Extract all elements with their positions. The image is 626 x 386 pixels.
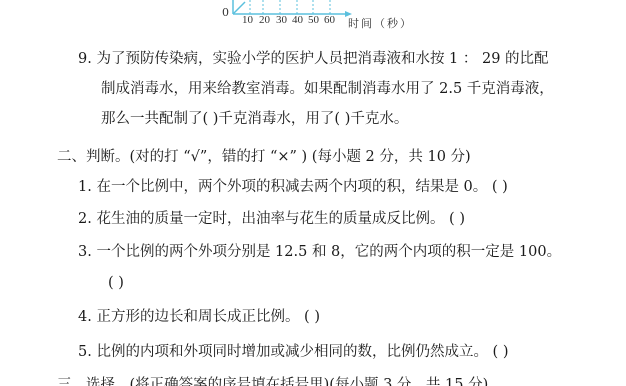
x-tick: 60 [324, 14, 335, 26]
judge-item-4: 4. 正方形的边长和周长成正比例。 ( ) [78, 308, 320, 326]
x-tick: 30 [276, 14, 287, 26]
chart-fragment: 0 10 20 30 40 50 60 时间（秒） [0, 0, 626, 30]
x-tick: 20 [259, 14, 270, 26]
x-tick: 10 [242, 14, 253, 26]
judge-item-5: 5. 比例的内项和外项同时增加或减少相同的数，比例仍然成立。 ( ) [78, 343, 508, 361]
x-axis-label: 时间（秒） [348, 15, 413, 31]
origin-label: 0 [222, 6, 229, 19]
x-tick: 40 [292, 14, 303, 26]
x-tick: 50 [308, 14, 319, 26]
section-3-heading: 三、选择。(将正确答案的序号填在括号里)(每小题 3 分，共 15 分) [57, 376, 488, 386]
judge-item-1: 1. 在一个比例中，两个外项的积减去两个内项的积，结果是 0。 ( ) [78, 178, 508, 196]
question-9-line-2: 制成消毒水，用来给教室消毒。如果配制消毒水用了 2.5 千克消毒液， [101, 80, 554, 98]
judge-item-2: 2. 花生油的质量一定时，出油率与花生的质量成反比例。 ( ) [78, 210, 465, 228]
judge-item-3: 3. 一个比例的两个外项分别是 12.5 和 8，它的两个内项的积一定是 100… [78, 243, 561, 261]
section-2-heading: 二、判断。(对的打 “√”，错的打 “×” ) (每小题 2 分，共 10 分) [57, 148, 471, 166]
judge-item-3-answer: ( ) [108, 274, 124, 292]
question-9-line-1: 9. 为了预防传染病，实验小学的医护人员把消毒液和水按 1 ： 29 的比配 [78, 50, 549, 68]
question-9-line-3: 那么一共配制了( )千克消毒水，用了( )千克水。 [101, 110, 408, 128]
